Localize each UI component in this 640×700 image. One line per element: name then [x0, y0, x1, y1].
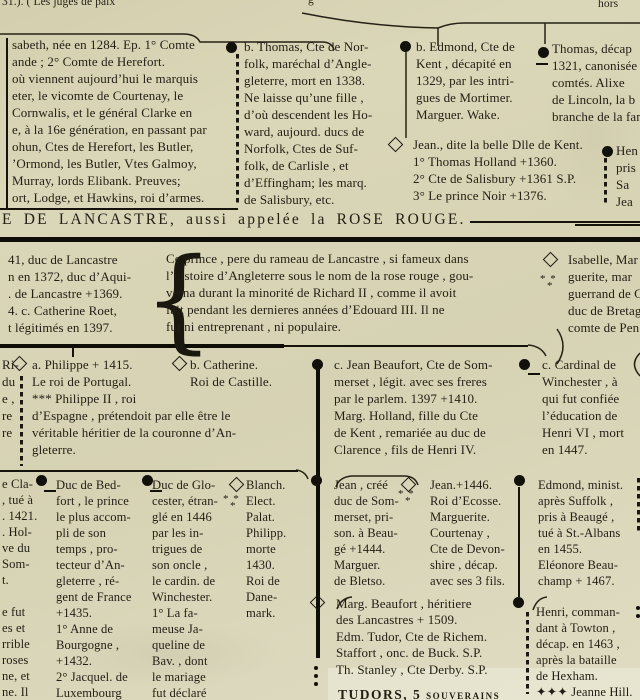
section2-thick-rule [0, 344, 284, 348]
entry-jean-beaufort: c. Jean Beaufort, Cte de Som- merset , l… [334, 356, 530, 458]
tudors-caption: TUDORS, 5 souverains [338, 687, 500, 700]
house-of-lancaster-banner: E DE LANCASTRE, aussi appelée la ROSE RO… [2, 211, 466, 229]
descent-dot-icon [311, 475, 322, 486]
entry-clarence-cut-b: e fut es et rrible roses ne, et ne. Il [2, 604, 30, 700]
entry-marguerite-beaufort: Marg. Beaufort , héritiere des Lancastre… [336, 596, 534, 678]
genealogy-scan-page: 31.). ( Les juges de paix g hors * * * [0, 0, 640, 700]
entry-right-fragment: Hen pris Sa Jea [616, 142, 638, 210]
entry-henri-somerset: Henri, comman- dant à Towton , décap. en… [536, 604, 640, 700]
section4-top-rule [0, 470, 298, 472]
entry-edmond-somerset: Edmond, minist. après Suffolk , pris à B… [538, 477, 640, 589]
entry-thomas-norfolk: b. Thomas, Cte de Nor- folk, maréchal d’… [244, 38, 398, 208]
dotted-continuation-icon [314, 682, 318, 686]
entry-cardinal-winchester: c. Cardinal de Winchester , à qui fut co… [542, 356, 640, 458]
descent-dot-icon [36, 475, 47, 486]
top-cut-text-left: 31.). ( Les juges de paix [2, 0, 115, 11]
column-frame-line [6, 38, 8, 208]
entry-duc-de-bedfort: Duc de Bed- fort , le prince le plus acc… [56, 477, 150, 700]
section2-thin-rule [284, 345, 528, 347]
row1-right-rule [575, 224, 640, 226]
margin-cut-text: Ri- du e , re re [2, 356, 19, 441]
entry-duc-de-glocester: Duc de Glo- cester, étran- glé en 1446 p… [152, 477, 234, 700]
marriage-dash-icon [44, 490, 56, 492]
row1-bottom-rule [0, 208, 238, 210]
entry-jean-duc-somerset: Jean , créé duc de Som- merset, pri- son… [334, 477, 416, 589]
top-cut-text-right: hors [598, 0, 618, 13]
entry-jeanne-de-kent: Jean., dite la belle Dlle de Kent. 1° Th… [413, 136, 623, 204]
entry-clarence-cut-a: e Cla- , tué à . 1421. . Hol- ve du Som-… [2, 476, 37, 588]
wavy-separator [20, 376, 23, 466]
entry-isabelle-marguerite: Isabelle, Mar guerite, mar guerrand de C… [568, 251, 640, 336]
entry-blanche-philippa: Blanch. Elect. Palat. Philipp. morte 143… [246, 477, 310, 621]
entry-jean-roi-ecosse: Jean.+1446. Roi d’Ecosse. Marguerite. Co… [430, 477, 534, 589]
banner-trailing-rule [470, 221, 640, 223]
banner-thick-rule [0, 237, 640, 242]
entry-thomas-lancastre: Thomas, décap 1321, canonisée comtés. Al… [552, 40, 640, 125]
descent-dot-icon [400, 41, 411, 52]
notice-rose-rouge: Ce prince , pere du rameau de Lancastre … [166, 250, 540, 335]
entry-jean-de-gand: 41, duc de Lancastre n en 1372, duc d’Aq… [8, 251, 160, 336]
entry-catherine-castille: b. Catherine. Roi de Castille. [190, 356, 316, 390]
dotted-continuation-icon [314, 674, 318, 678]
dotted-continuation-icon [314, 666, 318, 670]
entry-elisabeth-herefort: sabeth, née en 1284. Ep. 1° Comte ande ;… [12, 36, 238, 206]
top-cut-text-mid: g [308, 0, 314, 9]
entry-edmond-kent: b. Edmond, Cte de Kent , décapité en 132… [416, 38, 542, 123]
asterism-icon: * * * [540, 276, 557, 290]
